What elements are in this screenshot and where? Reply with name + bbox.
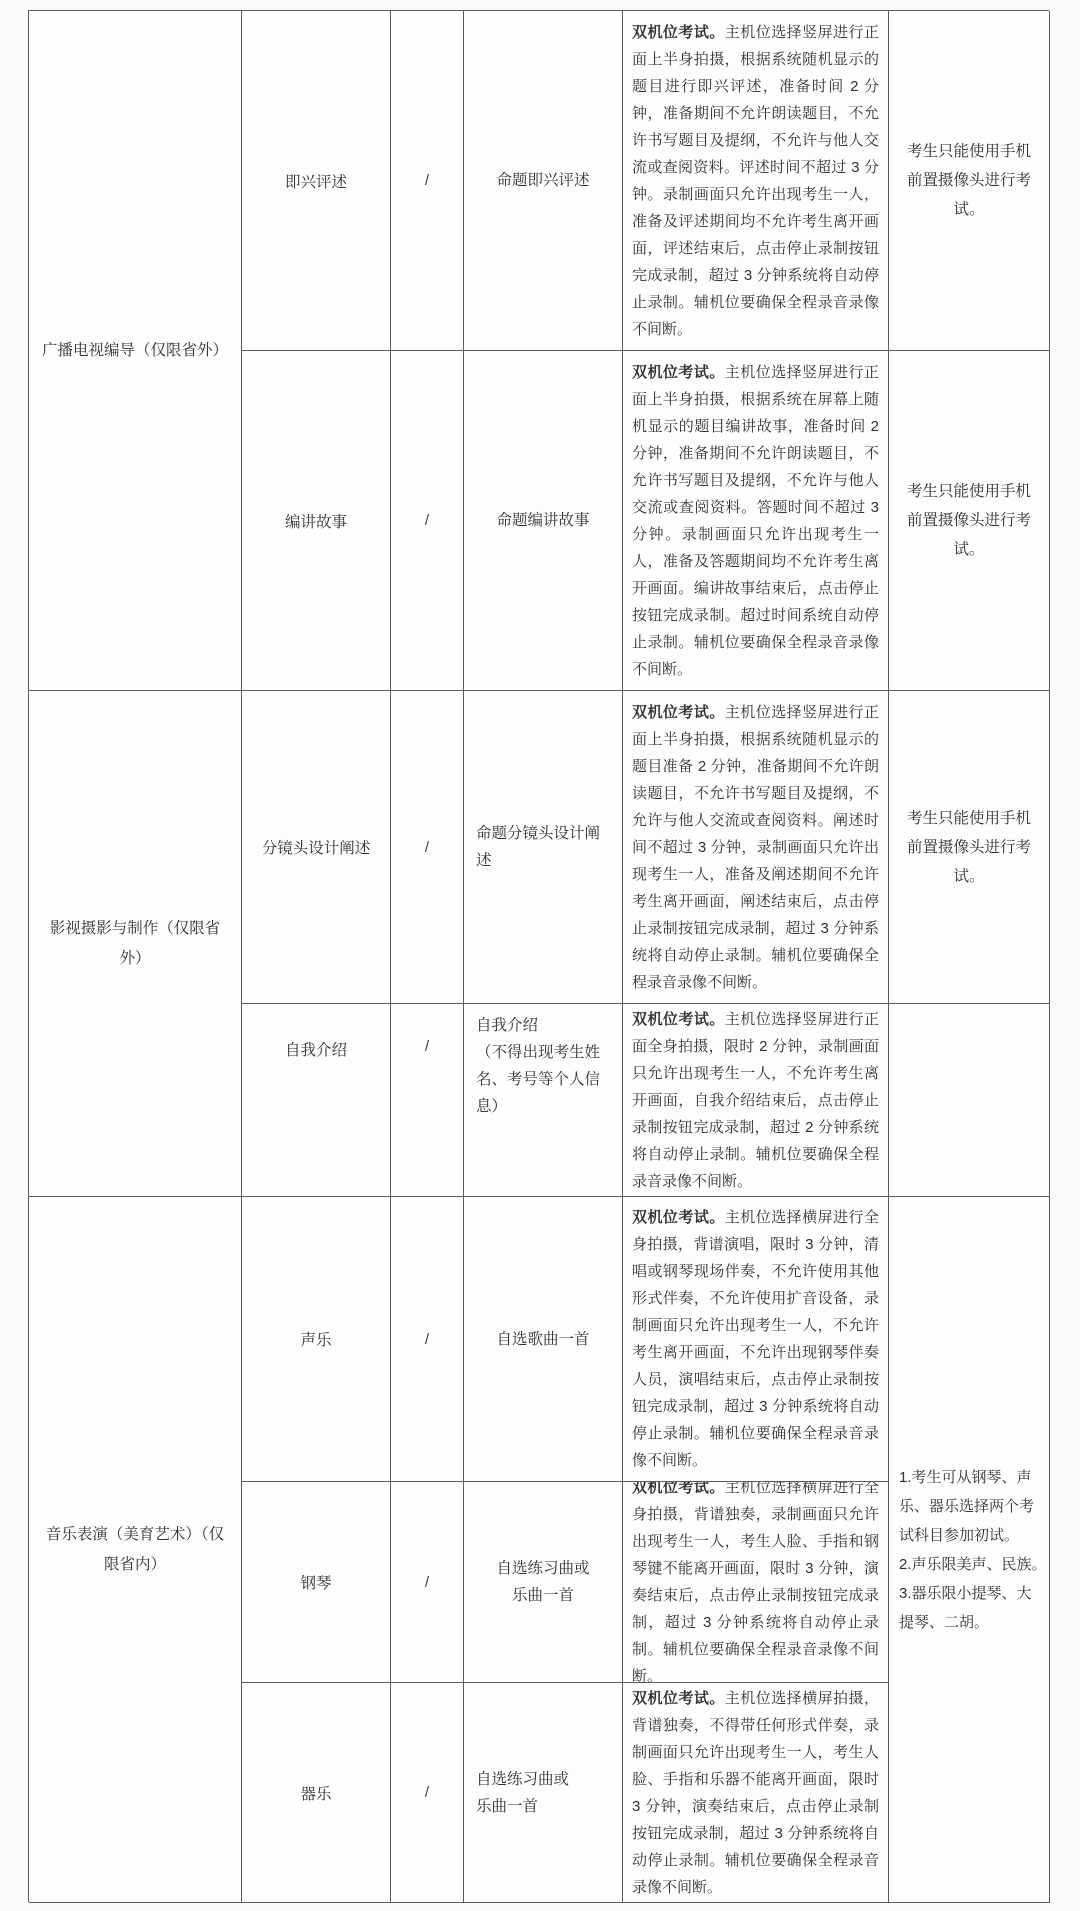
content-cell: 自选练习曲或 乐曲一首 xyxy=(464,1683,623,1903)
exam-mode-label: 双机位考试。 xyxy=(632,1209,725,1226)
exam-desc-cell: 双机位考试。主机位选择竖屏进行正面上半身拍摄，根据系统随机显示的题目准备 2 分… xyxy=(623,691,889,1004)
major-cell: 影视摄影与制作（仅限省 外） xyxy=(29,691,242,1197)
exam-desc-cell: 双机位考试。主机位选择横屏进行全身拍摄，背谱独奏，录制画面只允许出现考生一人，考… xyxy=(623,1482,889,1683)
slash-cell: / xyxy=(391,1197,464,1482)
content-cell: 自选练习曲或 乐曲一首 xyxy=(464,1482,623,1683)
content-cell: 命题即兴评述 xyxy=(464,11,623,351)
note-cell: 考生只能使用手机前置摄像头进行考试。 xyxy=(889,691,1050,1004)
content-cell: 命题编讲故事 xyxy=(464,351,623,691)
content-cell: 自选歌曲一首 xyxy=(464,1197,623,1482)
slash-cell: / xyxy=(391,11,464,351)
slash-cell: / xyxy=(391,1683,464,1903)
major-cell: 广播电视编导（仅限省外） xyxy=(29,11,242,691)
exam-mode-label: 双机位考试。 xyxy=(632,1482,725,1496)
exam-desc-text: 主机位选择横屏拍摄，背谱独奏，不得带任何形式伴奏，录制画面只允许出现考生一人，考… xyxy=(632,1690,879,1896)
content-cell: 自我介绍 （不得出现考生姓 名、考号等个人信 息） xyxy=(464,1004,623,1197)
subject-cell: 自我介绍 xyxy=(242,1004,391,1197)
exam-desc-text: 主机位选择横屏进行全身拍摄，背谱独奏，录制画面只允许出现考生一人，考生人脸、手指… xyxy=(632,1482,879,1683)
exam-desc-text: 主机位选择横屏进行全身拍摄，背谱演唱，限时 3 分钟，清唱或钢琴现场伴奏，不允许… xyxy=(632,1209,879,1469)
subject-cell: 分镜头设计阐述 xyxy=(242,691,391,1004)
content-cell: 命题分镜头设计阐 述 xyxy=(464,691,623,1004)
exam-desc-cell: 双机位考试。主机位选择竖屏进行正面全身拍摄，限时 2 分钟，录制画面只允许出现考… xyxy=(623,1004,889,1197)
subject-cell: 钢琴 xyxy=(242,1482,391,1683)
subject-cell: 声乐 xyxy=(242,1197,391,1482)
exam-desc-text: 主机位选择竖屏进行正面上半身拍摄，根据系统随机显示的题目进行即兴评述，准备时间 … xyxy=(632,24,879,338)
exam-mode-label: 双机位考试。 xyxy=(632,1011,725,1028)
subject-cell: 即兴评述 xyxy=(242,11,391,351)
subject-cell: 器乐 xyxy=(242,1683,391,1903)
exam-desc-cell: 双机位考试。主机位选择横屏拍摄，背谱独奏，不得带任何形式伴奏，录制画面只允许出现… xyxy=(623,1683,889,1903)
group-note-cell: 1.考生可从钢琴、声 乐、器乐选择两个考 试科目参加初试。 2.声乐限美声、民族… xyxy=(889,1197,1050,1903)
slash-cell: / xyxy=(391,351,464,691)
exam-desc-cell: 双机位考试。主机位选择竖屏进行正面上半身拍摄，根据系统随机显示的题目进行即兴评述… xyxy=(623,11,889,351)
exam-desc-text: 主机位选择竖屏进行正面上半身拍摄，根据系统在屏幕上随机显示的题目编讲故事，准备时… xyxy=(632,364,879,678)
exam-desc-text: 主机位选择竖屏进行正面上半身拍摄，根据系统随机显示的题目准备 2 分钟，准备期间… xyxy=(632,704,879,991)
slash-cell: / xyxy=(391,1482,464,1683)
exam-mode-label: 双机位考试。 xyxy=(632,1690,725,1707)
major-cell: 音乐表演（美育艺术）（仅 限省内） xyxy=(29,1197,242,1903)
note-cell: 考生只能使用手机前置摄像头进行考试。 xyxy=(889,11,1050,351)
slash-cell: / xyxy=(391,691,464,1004)
exam-desc-text: 主机位选择竖屏进行正面全身拍摄，限时 2 分钟，录制画面只允许出现考生一人，不允… xyxy=(632,1011,879,1190)
exam-desc-cell: 双机位考试。主机位选择竖屏进行正面上半身拍摄，根据系统在屏幕上随机显示的题目编讲… xyxy=(623,351,889,691)
exam-desc-cell: 双机位考试。主机位选择横屏进行全身拍摄，背谱演唱，限时 3 分钟，清唱或钢琴现场… xyxy=(623,1197,889,1482)
exam-mode-label: 双机位考试。 xyxy=(632,364,725,381)
note-cell-empty xyxy=(889,1004,1050,1197)
exam-requirements-table: 广播电视编导（仅限省外） 影视摄影与制作（仅限省 外） 音乐表演（美育艺术）（仅… xyxy=(28,10,1049,1902)
note-cell: 考生只能使用手机前置摄像头进行考试。 xyxy=(889,351,1050,691)
exam-mode-label: 双机位考试。 xyxy=(632,704,725,721)
subject-cell: 编讲故事 xyxy=(242,351,391,691)
slash-cell: / xyxy=(391,1004,464,1197)
exam-mode-label: 双机位考试。 xyxy=(632,24,725,41)
